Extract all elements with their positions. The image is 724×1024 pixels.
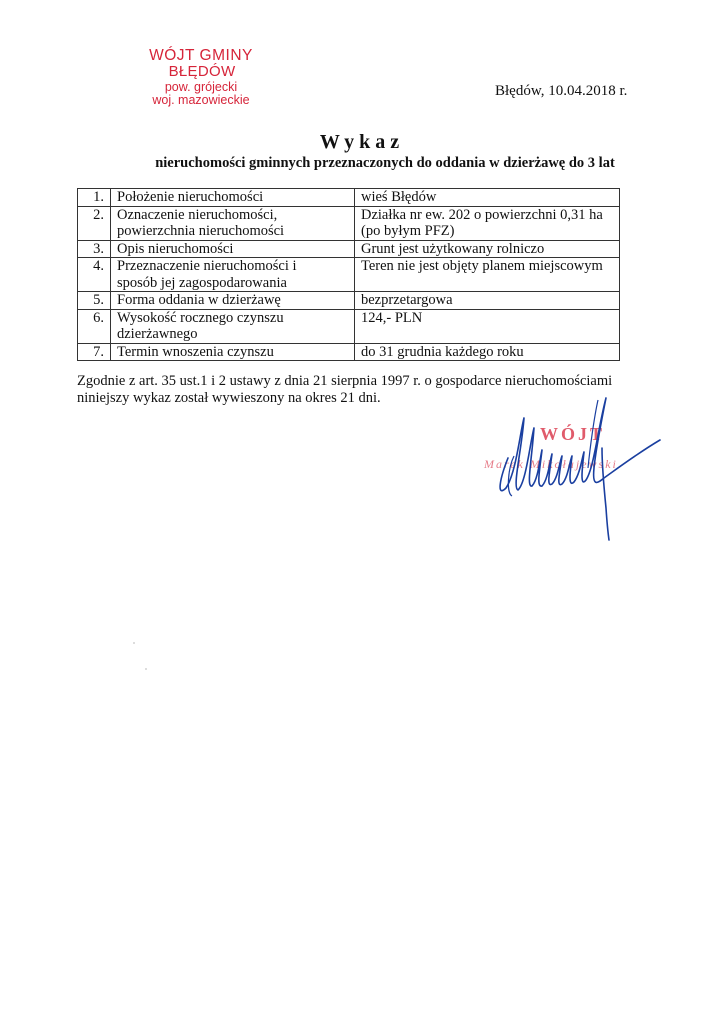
document-subtitle: nieruchomości gminnych przeznaczonych do… [0, 155, 724, 172]
row-label-line: Położenie nieruchomości [117, 189, 348, 206]
row-number: 3. [78, 240, 111, 258]
row-number: 4. [78, 258, 111, 292]
row-value-line: Działka nr ew. 202 o powierzchni 0,31 ha [361, 207, 613, 224]
table-row: 2.Oznaczenie nieruchomości,powierzchnia … [78, 206, 620, 240]
table-row: 5.Forma oddania w dzierżawębezprzetargow… [78, 292, 620, 310]
row-number: 6. [78, 309, 111, 343]
row-label: Położenie nieruchomości [111, 189, 355, 207]
row-label-line: Oznaczenie nieruchomości, [117, 207, 348, 224]
row-value-line: 124,- PLN [361, 310, 613, 327]
property-table: 1.Położenie nieruchomościwieś Błędów2.Oz… [77, 188, 620, 361]
signature-stamp-title: WÓJT [540, 423, 605, 444]
row-label: Opis nieruchomości [111, 240, 355, 258]
table-row: 6.Wysokość rocznego czynszudzierżawnego1… [78, 309, 620, 343]
row-value-line: (po byłym PFZ) [361, 223, 613, 240]
row-label: Forma oddania w dzierżawę [111, 292, 355, 310]
row-number: 5. [78, 292, 111, 310]
row-label: Wysokość rocznego czynszudzierżawnego [111, 309, 355, 343]
row-label-line: powierzchnia nieruchomości [117, 223, 348, 240]
row-label: Termin wnoszenia czynszu [111, 343, 355, 361]
signature-with-stamp: WÓJT Marek Mikołajewski [478, 388, 678, 548]
row-label-line: Przeznaczenie nieruchomości i [117, 258, 348, 275]
row-label-line: Forma oddania w dzierżawę [117, 292, 348, 309]
row-value: Działka nr ew. 202 o powierzchni 0,31 ha… [355, 206, 620, 240]
row-value: bezprzetargowa [355, 292, 620, 310]
row-label-line: Opis nieruchomości [117, 241, 348, 258]
row-value: do 31 grudnia każdego roku [355, 343, 620, 361]
row-value: wieś Błędów [355, 189, 620, 207]
row-value-line: wieś Błędów [361, 189, 613, 206]
stamp-line-1: WÓJT GMINY [126, 48, 276, 64]
row-value-line: do 31 grudnia każdego roku [361, 344, 613, 361]
table-row: 3.Opis nieruchomościGrunt jest użytkowan… [78, 240, 620, 258]
stamp-line-2: BŁĘDÓW [128, 64, 276, 80]
row-value: 124,- PLN [355, 309, 620, 343]
scan-speck [133, 642, 135, 644]
table-row: 7.Termin wnoszenia czynszudo 31 grudnia … [78, 343, 620, 361]
scan-speck [145, 668, 147, 670]
row-label-line: sposób jej zagospodarowania [117, 275, 348, 292]
row-label: Przeznaczenie nieruchomości isposób jej … [111, 258, 355, 292]
office-stamp: WÓJT GMINY BŁĘDÓW pow. grójecki woj. maz… [126, 48, 276, 107]
table-row: 1.Położenie nieruchomościwieś Błędów [78, 189, 620, 207]
row-value: Teren nie jest objęty planem miejscowym [355, 258, 620, 292]
table-row: 4.Przeznaczenie nieruchomości isposób je… [78, 258, 620, 292]
row-number: 7. [78, 343, 111, 361]
row-value-line: bezprzetargowa [361, 292, 613, 309]
row-label-line: Termin wnoszenia czynszu [117, 344, 348, 361]
row-label-line: Wysokość rocznego czynszu [117, 310, 348, 327]
row-label-line: dzierżawnego [117, 326, 348, 343]
place-and-date: Błędów, 10.04.2018 r. [495, 83, 627, 100]
row-value-line: Teren nie jest objęty planem miejscowym [361, 258, 613, 275]
row-number: 2. [78, 206, 111, 240]
row-number: 1. [78, 189, 111, 207]
row-value: Grunt jest użytkowany rolniczo [355, 240, 620, 258]
document-title: Wykaz [0, 131, 724, 154]
row-value-line: Grunt jest użytkowany rolniczo [361, 241, 613, 258]
stamp-line-4: woj. mazowieckie [126, 94, 276, 107]
row-label: Oznaczenie nieruchomości,powierzchnia ni… [111, 206, 355, 240]
